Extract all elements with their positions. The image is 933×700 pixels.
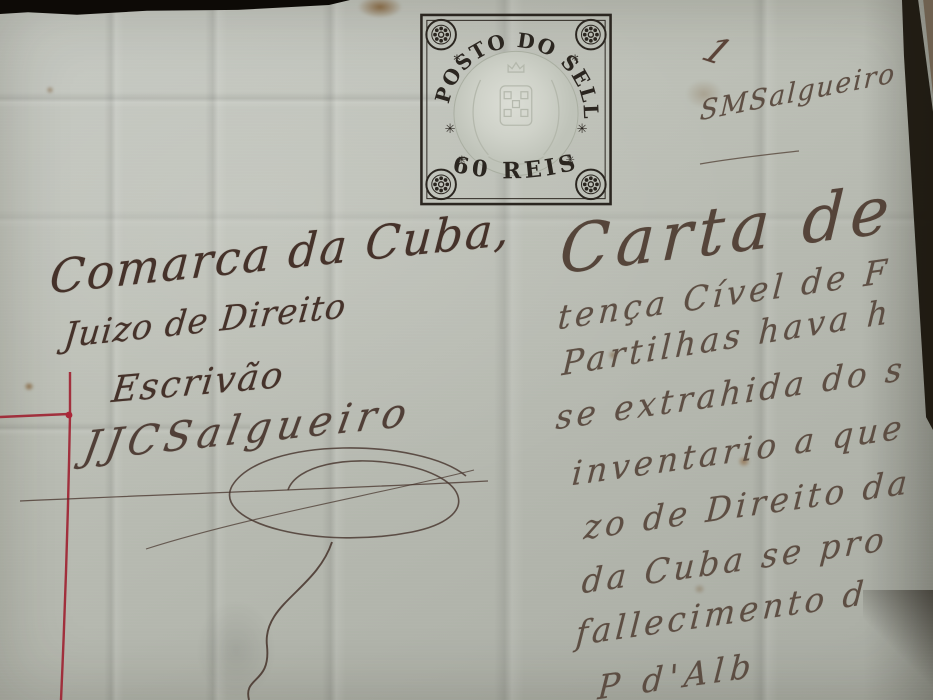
rosette-icon	[576, 20, 606, 50]
photograph-of-document: ✳ ✳ ✳ ✳ * * IMPOSTO DO SELLO 60 REIS 1 S…	[0, 0, 933, 700]
corner-shadow	[863, 590, 933, 700]
signature-flourish	[146, 470, 474, 549]
star-ornament-icon: ✳	[445, 122, 456, 137]
star-ornament-icon: ✳	[577, 122, 588, 137]
dark-background-edge	[0, 0, 350, 18]
foxing-spot	[358, 0, 402, 18]
red-margin-line-horizontal	[0, 414, 69, 417]
red-line-junction-blot	[66, 412, 73, 419]
tax-stamp: ✳ ✳ ✳ ✳ * * IMPOSTO DO SELLO 60 REIS	[416, 11, 616, 208]
page-number-mark: 1	[695, 31, 739, 74]
ink-rule-line	[20, 481, 488, 501]
signature-flourish	[230, 448, 466, 538]
foxing-spot	[24, 382, 34, 391]
paper: ✳ ✳ ✳ ✳ * * IMPOSTO DO SELLO 60 REIS 1 S…	[0, 0, 933, 700]
manuscript-line: P d'Alb	[597, 645, 759, 700]
paraph-underline	[700, 151, 799, 164]
fold-crease	[0, 92, 450, 108]
paper-dent-shadow	[196, 600, 276, 700]
escrivao-line: Escrivão	[109, 355, 287, 412]
foxing-spot	[694, 584, 705, 594]
foxing-spot	[46, 86, 54, 94]
rosette-icon	[426, 20, 456, 50]
